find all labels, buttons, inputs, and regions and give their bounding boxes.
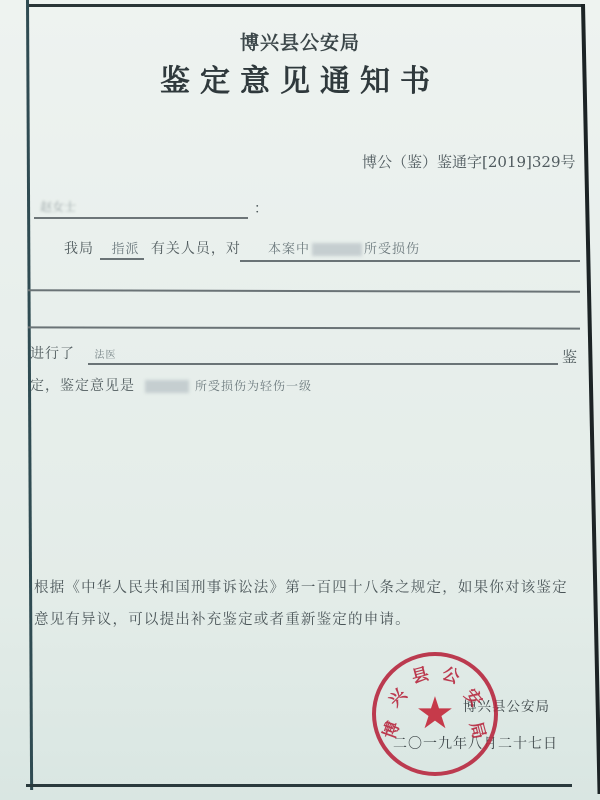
assignment-prefix: 我局: [64, 241, 94, 257]
blank-line-2: [28, 326, 580, 329]
exam-underline: [88, 363, 558, 365]
document-title: 鉴定意见通知书: [0, 56, 600, 100]
star-icon: ★: [415, 692, 454, 736]
seal-char: 博: [382, 720, 404, 742]
recipient-colon: ：: [254, 198, 268, 218]
official-seal: ★ 博 兴 县 公 安 局: [372, 652, 498, 776]
form-border-left: [26, 0, 33, 790]
form-border-right: [581, 4, 600, 794]
legal-paragraph-line-2: 意见有异议，可以提出补充鉴定或者重新鉴定的申请。: [34, 608, 411, 629]
document-number: 博公（鉴）鉴通字[2019]329号: [362, 151, 576, 172]
form-border-top: [29, 4, 584, 7]
form-border-bottom: [26, 784, 572, 787]
seal-char: 公: [440, 666, 462, 688]
exam-suffix: 鉴: [562, 346, 578, 367]
assignment-middle: 有关人员，对: [151, 241, 241, 257]
seal-char: 县: [410, 666, 431, 687]
opinion-fill: 所受损伤为轻伤一级: [195, 379, 312, 393]
exam-type-fill: 法医: [94, 350, 116, 361]
seal-char: 局: [466, 720, 487, 741]
case-fill: 本案中所受损伤: [268, 238, 420, 257]
seal-char: 兴: [386, 686, 410, 710]
case-underline: [240, 260, 580, 262]
opinion-prefix: 定，鉴定意见是: [30, 378, 135, 394]
opinion-line: 定，鉴定意见是所受损伤为轻伤一级: [30, 375, 312, 395]
exam-prefix: 进行了: [30, 346, 75, 362]
assign-underline: [100, 258, 144, 260]
recipient-underline: [34, 217, 248, 219]
legal-paragraph-line-1: 根据《中华人民共和国刑事诉讼法》第一百四十八条之规定，如果你对该鉴定: [34, 576, 568, 597]
blank-line-1: [28, 289, 580, 292]
redacted-name-block: [312, 243, 362, 256]
issuer-header: 博兴县公安局: [0, 28, 600, 55]
recipient-name-redacted: 赵女士: [40, 198, 76, 215]
assignment-line: 我局 指派 有关人员，对: [64, 238, 241, 258]
exam-line: 进行了 法医: [30, 343, 116, 363]
redacted-name-block-2: [145, 380, 189, 393]
assignment-fill: 指派: [111, 242, 139, 257]
seal-char: 安: [461, 687, 485, 711]
notice-document: 博兴县公安局 鉴定意见通知书 博公（鉴）鉴通字[2019]329号 赵女士 ： …: [0, 0, 600, 800]
case-fill-prefix: 本案中: [268, 242, 310, 257]
case-fill-suffix: 所受损伤: [364, 242, 420, 257]
